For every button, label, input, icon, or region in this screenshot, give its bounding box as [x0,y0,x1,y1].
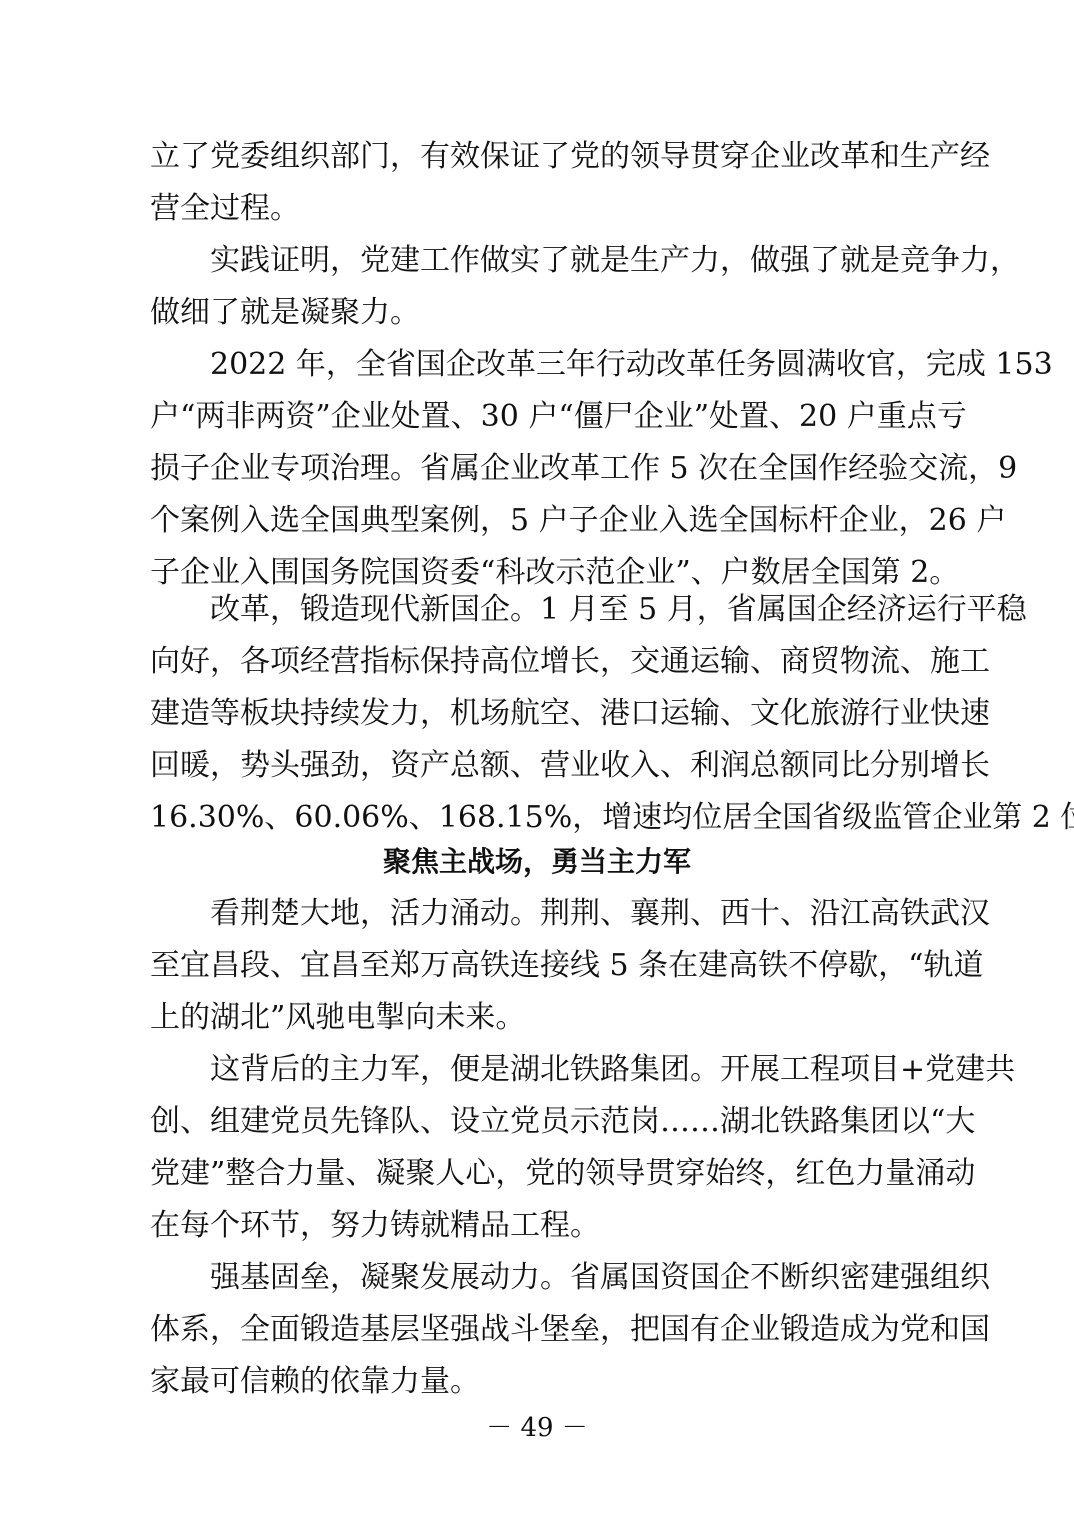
paragraph-line: 做细了就是凝聚力。 [150,293,922,333]
paragraph-line: 看荆楚大地，活力涌动。荆荆、襄荆、西十、沿江高铁武汉 [210,894,922,934]
paragraph-line: 在每个环节，努力铸就精品工程。 [150,1206,922,1246]
paragraph-line: 16.30%、60.06%、168.15%，增速均位居全国省级监管企业第 2 位… [150,798,922,838]
paragraph-line: 改革，锻造现代新国企。1 月至 5 月，省属国企经济运行平稳 [210,590,922,630]
paragraph-line: 户“两非两资”企业处置、30 户“僵尸企业”处置、20 户重点亏 [150,397,922,437]
paragraph-line: 体系，全面锻造基层坚强战斗堡垒，把国有企业锻造成为党和国 [150,1310,922,1350]
paragraph-line: 2022 年，全省国企改革三年行动改革任务圆满收官，完成 153 [210,345,922,385]
document-page: 立了党委组织部门，有效保证了党的领导贯穿企业改革和生产经 营全过程。 实践证明，… [0,0,1074,1520]
paragraph-line: 这背后的主力军，便是湖北铁路集团。开展工程项目+党建共 [210,1050,922,1090]
paragraph-line: 建造等板块持续发力，机场航空、港口运输、文化旅游行业快速 [150,694,922,734]
paragraph-line: 实践证明，党建工作做实了就是生产力，做强了就是竞争力， [210,241,922,281]
paragraph-line: 损子企业专项治理。省属企业改革工作 5 次在全国作经验交流，9 [150,449,922,489]
paragraph-line: 至宜昌段、宜昌至郑万高铁连接线 5 条在建高铁不停歇，“轨道 [150,946,922,986]
paragraph-line: 立了党委组织部门，有效保证了党的领导贯穿企业改革和生产经 [150,137,922,177]
paragraph-line: 创、组建党员先锋队、设立党员示范岗……湖北铁路集团以“大 [150,1102,922,1142]
paragraph-line: 回暖，势头强劲，资产总额、营业收入、利润总额同比分别增长 [150,746,922,786]
paragraph-line: 个案例入选全国典型案例，5 户子企业入选全国标杆企业，26 户 [150,501,922,541]
paragraph-line: 子企业入围国务院国资委“科改示范企业”、户数居全国第 2。 [150,553,922,593]
paragraph-line: 家最可信赖的依靠力量。 [150,1362,922,1402]
paragraph-line: 营全过程。 [150,189,922,229]
paragraph-line: 党建”整合力量、凝聚人心，党的领导贯穿始终，红色力量涌动 [150,1154,922,1194]
paragraph-line: 上的湖北”风驰电掣向未来。 [150,998,922,1038]
paragraph-line: 向好，各项经营指标保持高位增长，交通运输、商贸物流、施工 [150,642,922,682]
page-number: － 49 － [0,1410,1074,1446]
paragraph-line: 强基固垒，凝聚发展动力。省属国资国企不断织密建强组织 [210,1258,922,1298]
section-heading: 聚焦主战场，勇当主力军 [0,842,1074,882]
